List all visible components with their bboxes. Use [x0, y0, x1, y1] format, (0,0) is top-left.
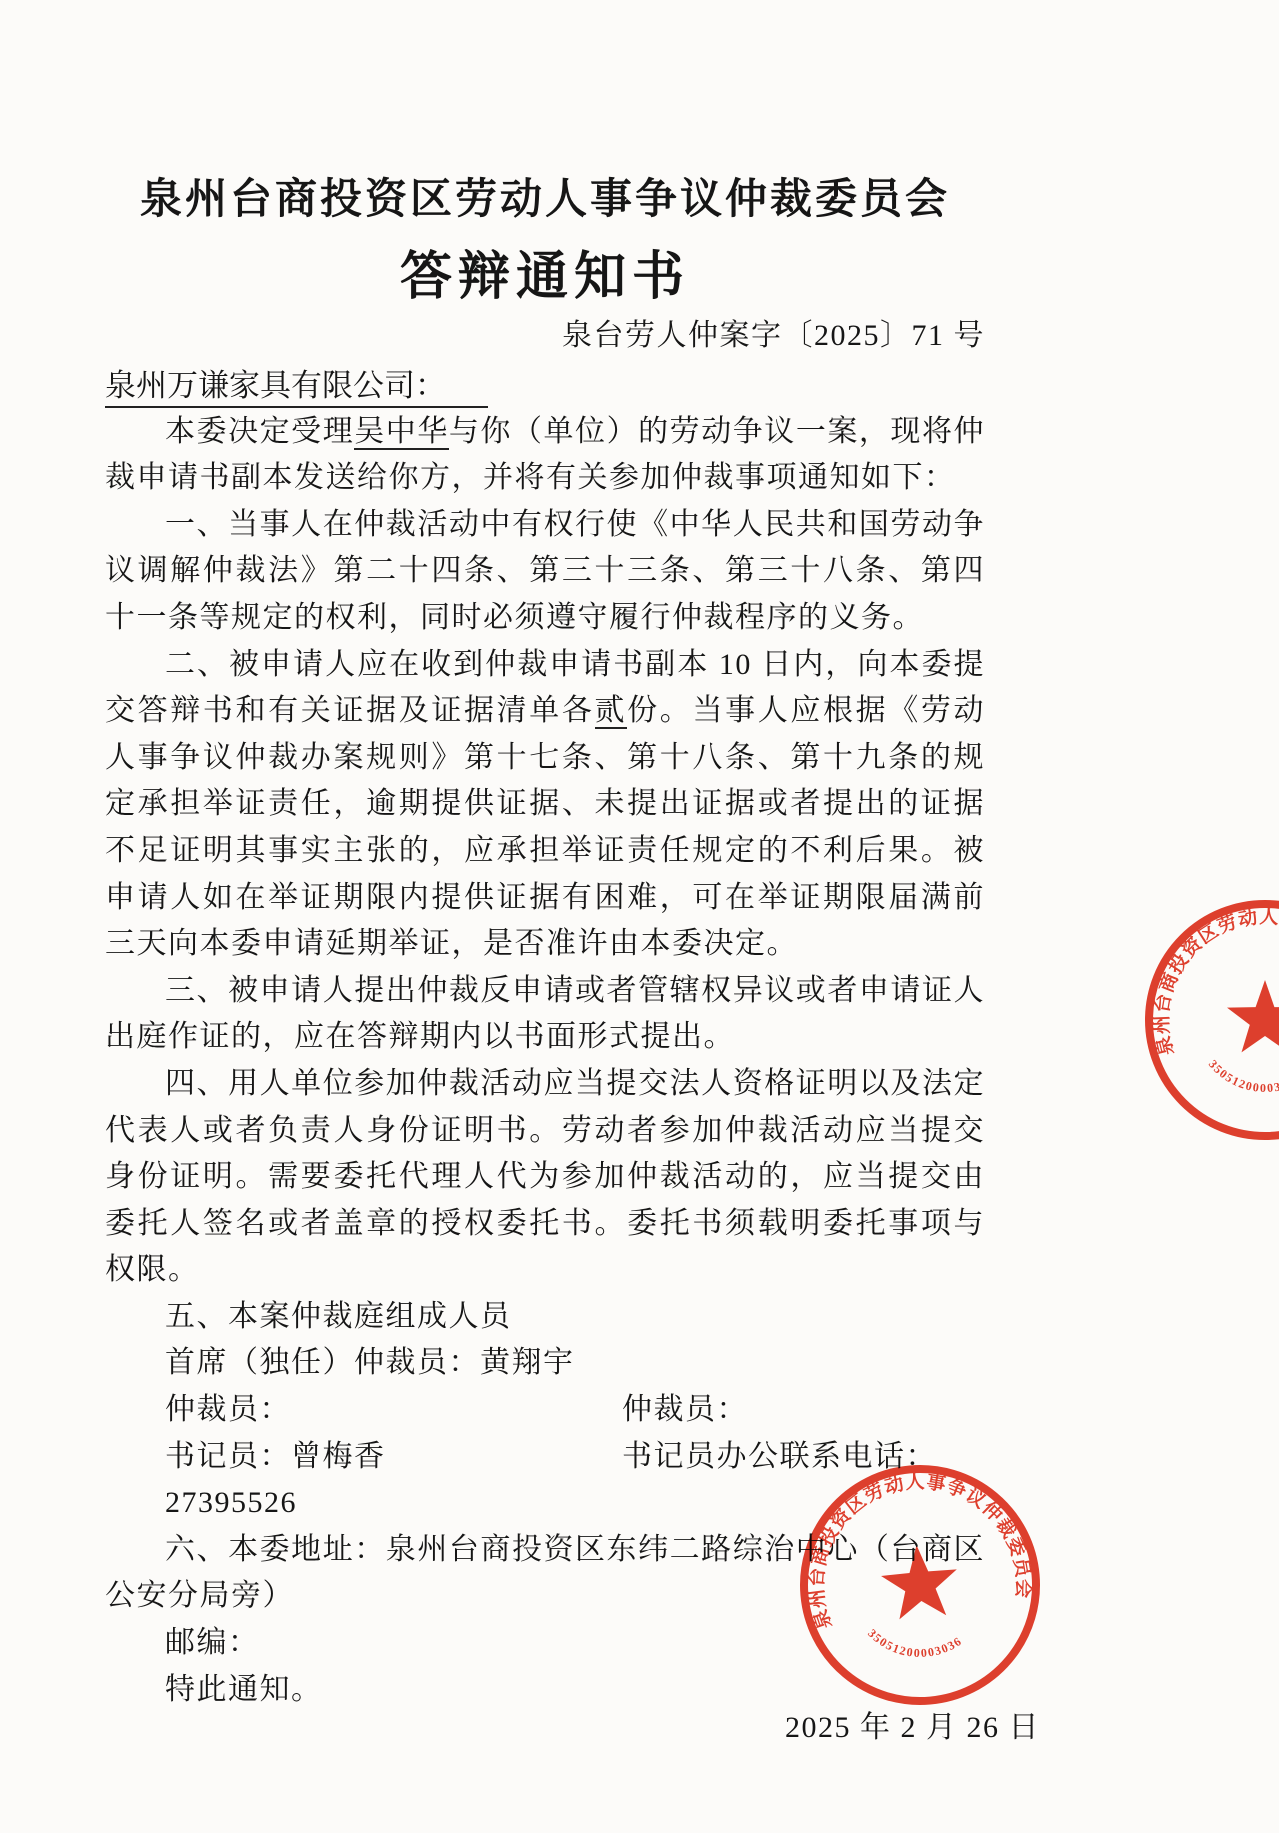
copies-count: 贰: [595, 694, 628, 729]
official-seal-side: 泉州台商投资区劳动人事争议仲裁委员会 35051200003036: [1115, 870, 1279, 1170]
chief-arbitrator-line: 首席（独任）仲裁员：黄翔宇: [105, 1340, 985, 1387]
arbitrator-right-label: 仲裁员：: [622, 1393, 748, 1426]
postcode-line: 邮编：: [105, 1620, 985, 1667]
addressee-name: 泉州万谦家具有限公司：: [105, 368, 488, 408]
clerk-line: 书记员：曾梅香书记员办公联系电话：27395526: [105, 1434, 985, 1527]
document-page: 泉州台商投资区劳动人事争议仲裁委员会 答辩通知书 泉台劳人仲案字〔2025〕71…: [0, 0, 1279, 1833]
seal-serial: 35051200003036: [1206, 1057, 1279, 1095]
applicant-name: 吴中华: [354, 415, 449, 450]
document-body: 本委决定受理吴中华与你（单位）的劳动争议一案，现将仲裁申请书副本发送给你方，并将…: [105, 409, 985, 1752]
case-number: 泉台劳人仲案字〔2025〕71 号: [105, 313, 985, 360]
item-2: 二、被申请人应在收到仲裁申请书副本 10 日内，向本委提交答辩书和有关证据及证据…: [105, 642, 985, 968]
arbitrator-left-label: 仲裁员：: [165, 1387, 622, 1434]
intro-pre: 本委决定受理: [165, 415, 354, 448]
org-title: 泉州台商投资区劳动人事争议仲裁委员会: [105, 166, 985, 226]
clerk-name: 书记员：曾梅香: [165, 1434, 622, 1481]
seal-ring-text: 泉州台商投资区劳动人事争议仲裁委员会: [1150, 905, 1279, 1058]
item-6: 六、本委地址：泉州台商投资区东纬二路综治中心（台商区公安分局旁）: [105, 1527, 985, 1620]
document-content: 泉州台商投资区劳动人事争议仲裁委员会 答辩通知书 泉台劳人仲案字〔2025〕71…: [105, 0, 985, 1752]
addressee-line: 泉州万谦家具有限公司：: [105, 363, 985, 409]
item-3: 三、被申请人提出仲裁反申请或者管辖权异议或者申请证人出庭作证的，应在答辩期内以书…: [105, 968, 985, 1061]
doc-title: 答辩通知书: [105, 234, 985, 309]
item-5: 五、本案仲裁庭组成人员: [105, 1294, 985, 1341]
intro-paragraph: 本委决定受理吴中华与你（单位）的劳动争议一案，现将仲裁申请书副本发送给你方，并将…: [105, 409, 985, 502]
item-4: 四、用人单位参加仲裁活动应当提交法人资格证明以及法定代表人或者负责人身份证明书。…: [105, 1061, 985, 1294]
item-1: 一、当事人在仲裁活动中有权行使《中华人民共和国劳动争议调解仲裁法》第二十四条、第…: [105, 502, 985, 642]
seal-star: [1227, 980, 1279, 1052]
seal-ring: [1149, 904, 1279, 1136]
arbitrators-line: 仲裁员：仲裁员：: [105, 1387, 985, 1434]
item-2-post: 份。当事人应根据《劳动人事争议仲裁办案规则》第十七条、第十八条、第十九条的规定承…: [105, 694, 985, 960]
